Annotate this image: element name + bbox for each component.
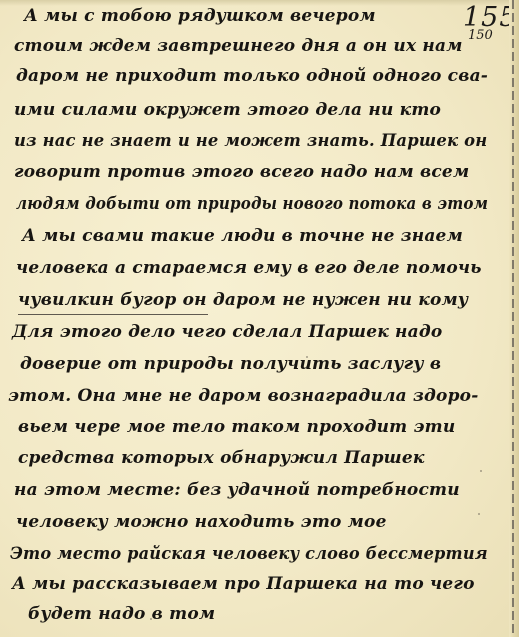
text-line: А мы свами такие люди в точне не знаем	[22, 226, 463, 246]
manuscript-page: 155 150 А мы с тобою рядушком вечером ст…	[0, 0, 519, 637]
paper-speck	[478, 513, 480, 515]
text-line: стоим ждем завтрешнего дня а он их нам	[14, 36, 463, 56]
paper-speck	[480, 470, 482, 472]
text-line: человека а стараемся ему в его деле помо…	[16, 258, 482, 278]
binding-stitch-line	[512, 0, 514, 637]
text-line: чувилкин бугор он даром не нужен ни кому	[18, 290, 468, 310]
text-line: на этом месте: без удачной потребности	[14, 480, 460, 500]
text-line: вьем чере мое тело таком проходит эти	[18, 417, 455, 437]
text-line: человеку можно находить это мое	[16, 512, 387, 532]
page-binding-edge	[509, 0, 519, 637]
text-line: А мы рассказываем про Паршека на то чего	[12, 574, 475, 594]
text-line: людям добыти от природы нового потока в …	[16, 194, 488, 214]
text-line: говорит против этого всего надо нам всем	[14, 162, 469, 182]
text-line: этом. Она мне не даром вознаградила здор…	[8, 386, 478, 406]
text-line: доверие от природы получить заслугу в	[20, 354, 441, 374]
old-page-number: 150	[468, 28, 493, 43]
text-line: средства которых обнаружил Паршек	[18, 448, 425, 468]
text-line: из нас не знает и не может знать. Паршек…	[14, 131, 487, 151]
text-line: будет надо в том	[28, 604, 215, 624]
underline-mark	[18, 314, 208, 315]
text-line: Для этого дело чего сделал Паршек надо	[12, 322, 442, 342]
paper-speck	[150, 618, 152, 620]
text-line: А мы с тобою рядушком вечером	[24, 6, 376, 26]
text-line: Это место райская человеку слово бессмер…	[10, 544, 488, 564]
text-line: ими силами окружет этого дела ни кто	[14, 100, 441, 120]
text-line: даром не приходит только одной одного св…	[16, 66, 488, 86]
paper-speck	[306, 356, 308, 358]
